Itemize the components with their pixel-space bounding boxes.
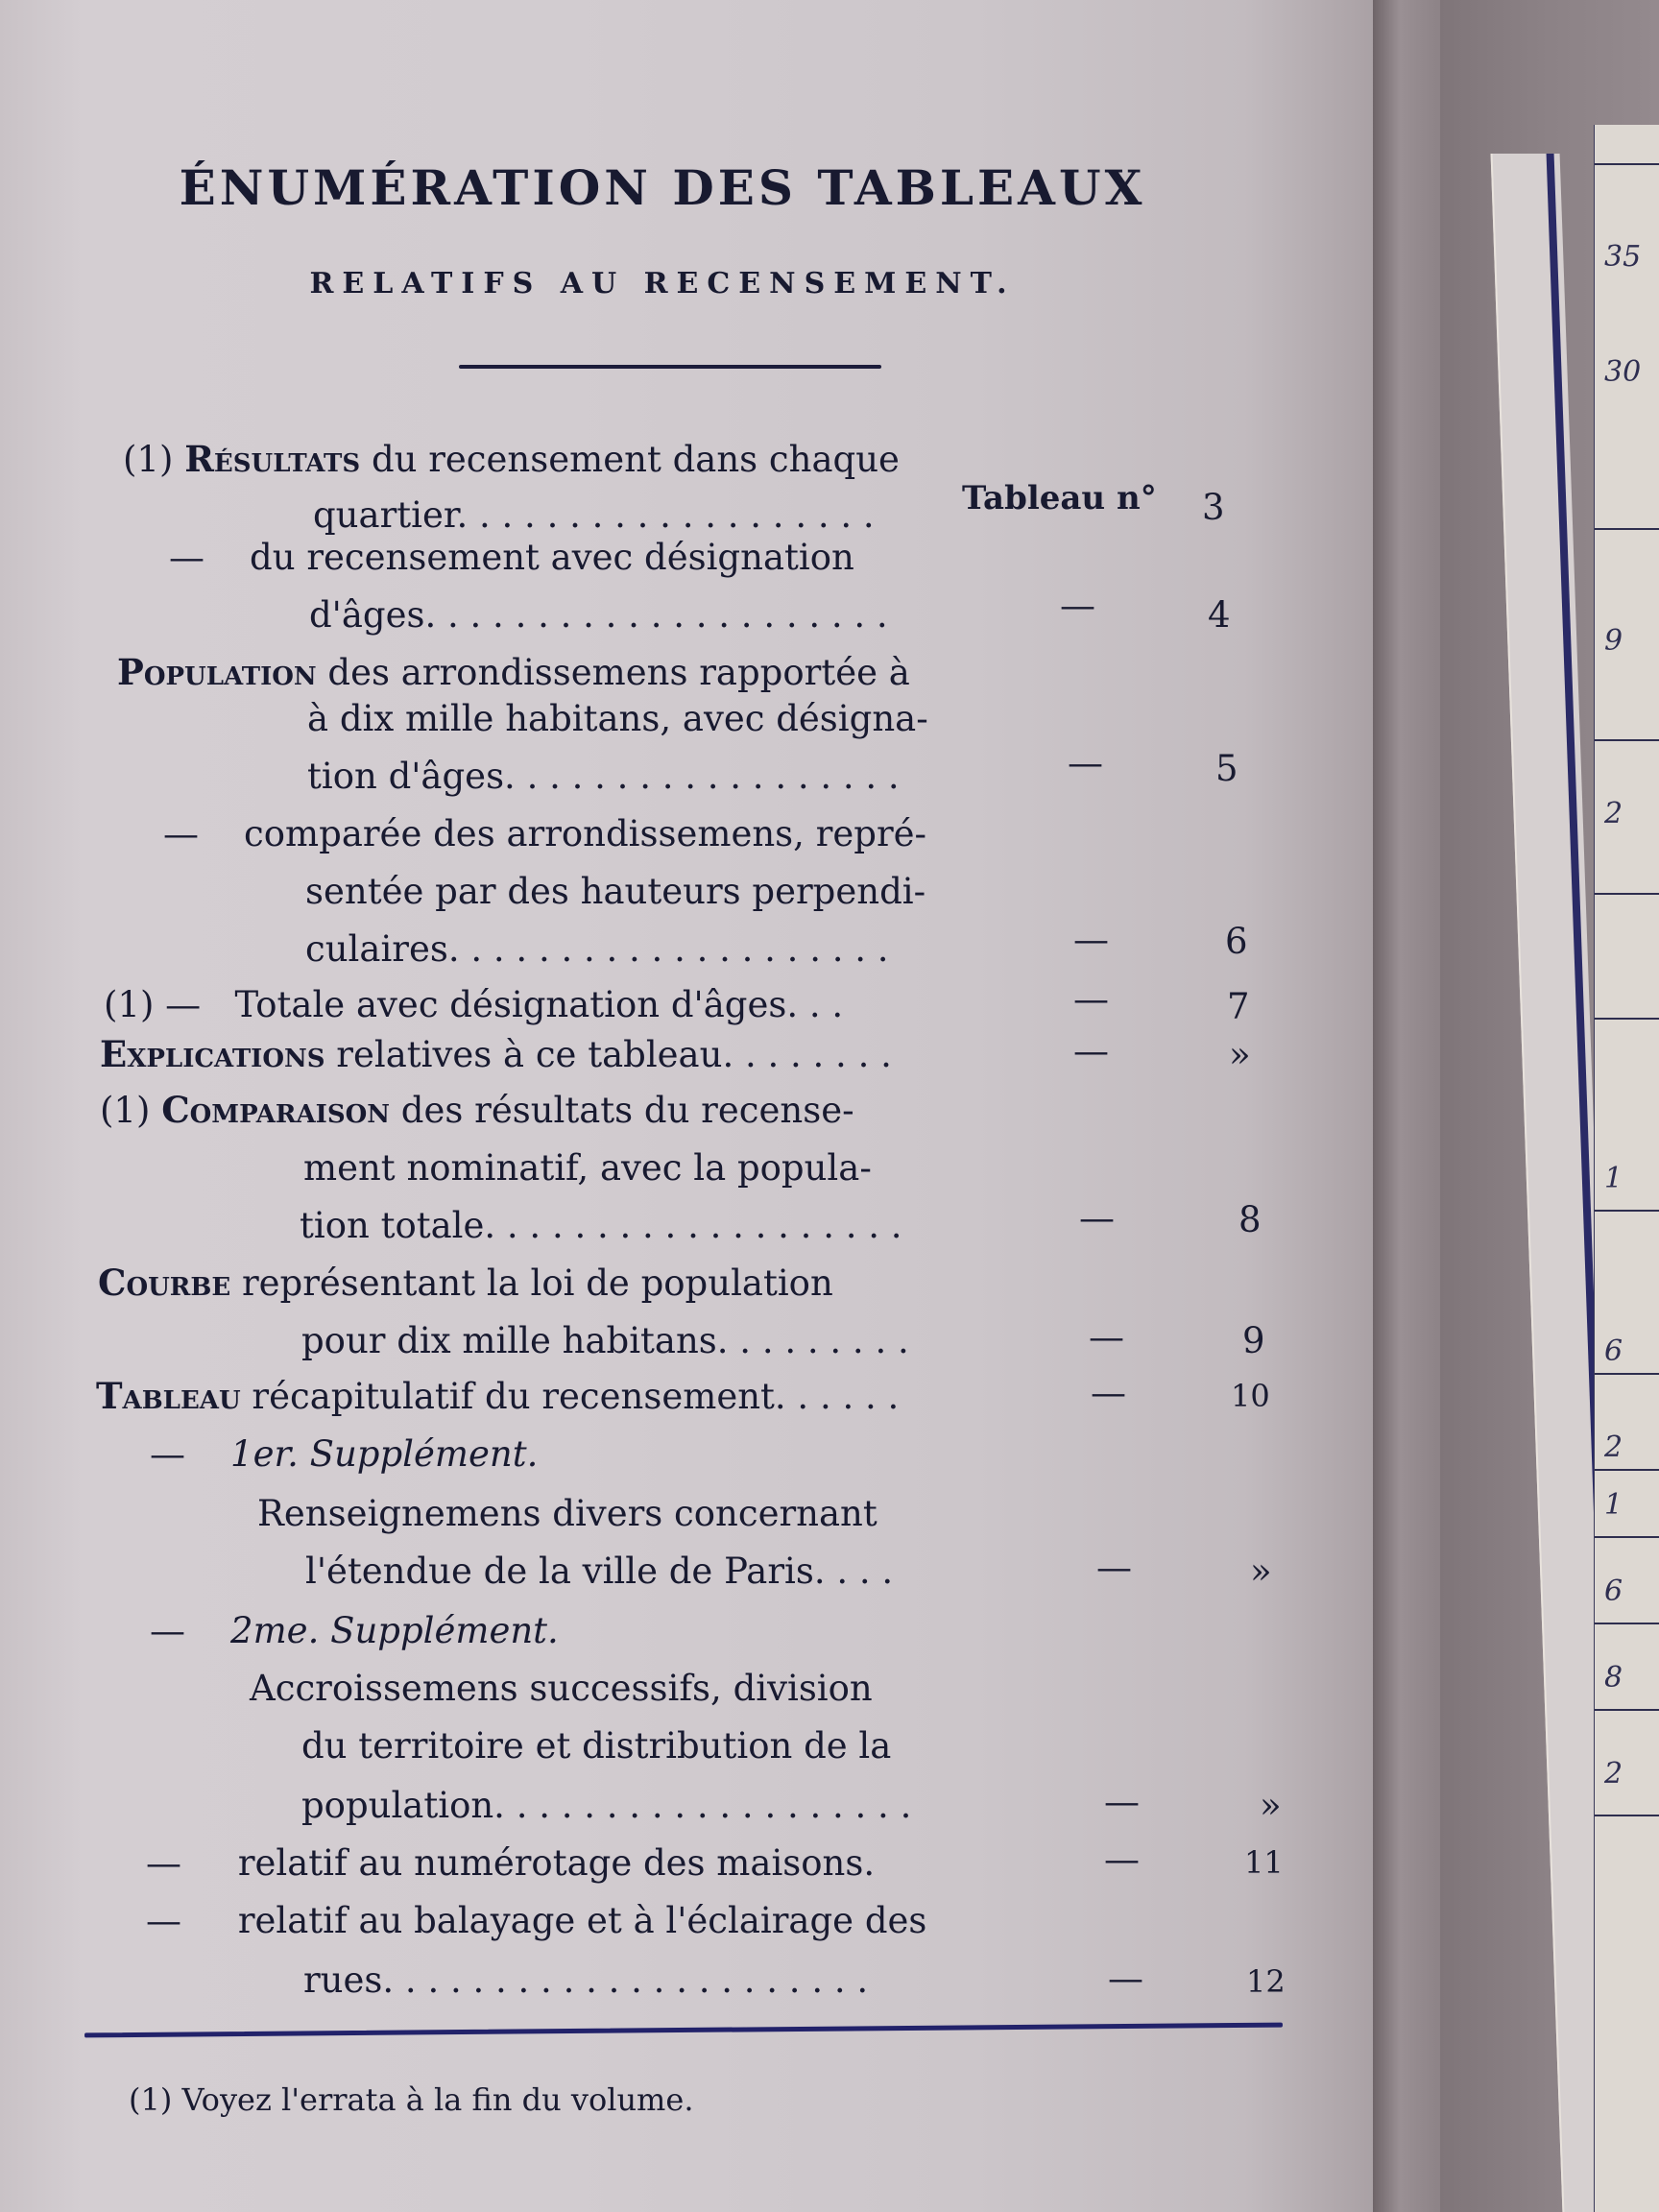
- entry-prefix: (1): [123, 439, 173, 480]
- toc-entry-numerotage: — relatif au numérotage des maisons.: [146, 1845, 875, 1881]
- ditto-dash: —: [1079, 1200, 1115, 1236]
- entry-lead: Résultats: [184, 438, 360, 480]
- table-number: 9: [1242, 1323, 1265, 1358]
- title-divider: [459, 365, 881, 369]
- entry-continuation: pour dix mille habitans. . . . . . . . .: [301, 1323, 909, 1358]
- entry-continuation: quartier. . . . . . . . . . . . . . . . …: [313, 497, 875, 533]
- table-number: 5: [1215, 751, 1238, 786]
- table-label: Tableau n°: [962, 482, 1157, 515]
- entry-continuation: rues. . . . . . . . . . . . . . . . . . …: [303, 1962, 868, 1998]
- entry-prefix: —: [146, 1900, 181, 1941]
- entry-text: représentant la loi de population: [242, 1262, 833, 1304]
- footnote: (1) Voyez l'errata à la fin du volume.: [129, 2081, 694, 2118]
- toc-entry-supplement-2: — 2me. Supplément.: [150, 1613, 559, 1648]
- book-gutter: [1373, 0, 1440, 2212]
- table-number: 6: [1225, 924, 1248, 959]
- entry-continuation: du territoire et distribution de la: [301, 1728, 891, 1764]
- entry-text: Totale avec désignation d'âges. . .: [234, 984, 843, 1025]
- entry-continuation: population. . . . . . . . . . . . . . . …: [301, 1788, 911, 1823]
- table-number: 7: [1227, 989, 1250, 1024]
- entry-lead: Tableau: [96, 1375, 241, 1417]
- page-subtitle: RELATIFS AU RECENSEMENT.: [0, 267, 1325, 301]
- entry-continuation: l'étendue de la ville de Paris. . . .: [305, 1553, 893, 1589]
- entry-continuation: sentée par des hauteurs perpendi-: [305, 874, 926, 909]
- entry-continuation: Renseignemens divers concernant: [257, 1496, 878, 1531]
- handwritten-number: 1: [1604, 1488, 1623, 1522]
- entry-lead: Population: [117, 651, 317, 693]
- ditto-dash: —: [1104, 1841, 1140, 1877]
- entry-text: 1er. Supplément.: [230, 1433, 538, 1475]
- entry-text: récapitulatif du recensement. . . . . .: [252, 1376, 899, 1417]
- toc-entry-comparaison: (1) Comparaison des résultats du recense…: [100, 1093, 854, 1128]
- entry-text: relatif au balayage et à l'éclairage des: [238, 1900, 927, 1941]
- entry-text: des arrondissemens rapportée à: [327, 652, 909, 693]
- entry-continuation: d'âges. . . . . . . . . . . . . . . . . …: [309, 597, 888, 633]
- entry-text: des résultats du recense-: [401, 1090, 854, 1131]
- entry-prefix: —: [150, 1433, 185, 1475]
- handwritten-number: 8: [1604, 1661, 1623, 1695]
- ditto-dash: —: [1060, 588, 1095, 623]
- toc-entry-supplement-1: — 1er. Supplément.: [150, 1436, 538, 1472]
- ditto-dash: —: [1073, 922, 1109, 957]
- entry-continuation: Accroissemens successifs, division: [250, 1671, 873, 1706]
- entry-text: relatives à ce tableau. . . . . . . .: [336, 1034, 892, 1075]
- ditto-dash: —: [1104, 1784, 1140, 1819]
- table-number: 4: [1208, 597, 1231, 633]
- entry-prefix: —: [146, 1842, 181, 1884]
- entry-text: du recensement dans chaque: [372, 439, 900, 480]
- ditto-dash: —: [1073, 1033, 1109, 1069]
- toc-entry-tableau-recapitulatif: Tableau récapitulatif du recensement. . …: [96, 1379, 899, 1414]
- toc-entry-comparee: — comparée des arrondissemens, repré-: [163, 816, 926, 852]
- handwritten-number: 6: [1604, 1334, 1623, 1368]
- handwritten-number: 6: [1604, 1575, 1623, 1608]
- handwritten-number: 9: [1604, 624, 1623, 658]
- entry-text: du recensement avec désignation: [250, 537, 854, 578]
- entry-continuation: tion d'âges. . . . . . . . . . . . . . .…: [307, 758, 900, 794]
- table-number: 8: [1238, 1202, 1262, 1238]
- handwritten-number: 2: [1604, 797, 1623, 830]
- handwritten-number: 30: [1604, 355, 1641, 389]
- table-number: »: [1229, 1037, 1251, 1072]
- entry-prefix: —: [150, 1610, 185, 1651]
- toc-entry-courbe: Courbe représentant la loi de population: [98, 1265, 833, 1301]
- ditto-dash: —: [1096, 1550, 1132, 1585]
- entry-text: relatif au numérotage des maisons.: [238, 1842, 875, 1884]
- table-number: »: [1250, 1553, 1272, 1589]
- entry-text: comparée des arrondissemens, repré-: [244, 813, 926, 854]
- entry-lead: Comparaison: [161, 1089, 390, 1131]
- book-page: ÉNUMÉRATION DES TABLEAUX RELATIFS AU REC…: [0, 0, 1382, 2212]
- entry-continuation: culaires. . . . . . . . . . . . . . . . …: [305, 931, 889, 967]
- entry-lead: Courbe: [98, 1262, 230, 1304]
- toc-entry-population: Population des arrondissemens rapportée …: [117, 655, 910, 690]
- table-number: 10: [1231, 1381, 1270, 1411]
- handwritten-ledger: 35 30 9 2 1 6 2 1 6 8 2: [1594, 125, 1659, 2212]
- toc-entry-balayage: — relatif au balayage et à l'éclairage d…: [146, 1903, 926, 1938]
- entry-continuation: à dix mille habitans, avec désigna-: [307, 701, 928, 736]
- handwritten-number: 2: [1604, 1431, 1623, 1464]
- page-title: ÉNUMÉRATION DES TABLEAUX: [0, 159, 1325, 216]
- table-number: 11: [1244, 1847, 1284, 1878]
- entry-continuation: ment nominatif, avec la popula-: [303, 1150, 872, 1186]
- table-number: 3: [1202, 490, 1225, 525]
- entry-prefix: —: [163, 813, 199, 854]
- ditto-dash: —: [1108, 1960, 1143, 1996]
- toc-entry-recensement-ages: — du recensement avec désignation: [169, 540, 854, 575]
- entry-continuation: tion totale. . . . . . . . . . . . . . .…: [300, 1208, 902, 1243]
- entry-text: 2me. Supplément.: [230, 1610, 559, 1651]
- ditto-dash: —: [1091, 1375, 1126, 1410]
- entry-lead: Explications: [100, 1033, 325, 1075]
- entry-prefix: —: [169, 537, 204, 578]
- toc-entry-resultats: (1) Résultats du recensement dans chaque: [123, 442, 900, 477]
- toc-entry-totale: (1) — Totale avec désignation d'âges. . …: [104, 987, 843, 1022]
- ditto-dash: —: [1073, 981, 1109, 1017]
- handwritten-number: 1: [1604, 1162, 1623, 1195]
- toc-entry-explications: Explications relatives à ce tableau. . .…: [100, 1037, 892, 1072]
- handwritten-number: 35: [1604, 240, 1641, 274]
- footnote-divider: [84, 2023, 1283, 2038]
- handwritten-number: 2: [1604, 1757, 1623, 1791]
- entry-prefix: (1): [100, 1090, 150, 1131]
- entry-prefix: (1) —: [104, 984, 201, 1025]
- ditto-dash: —: [1089, 1319, 1124, 1355]
- table-number: »: [1260, 1788, 1282, 1823]
- table-number: 12: [1246, 1966, 1286, 1997]
- ditto-dash: —: [1068, 745, 1103, 781]
